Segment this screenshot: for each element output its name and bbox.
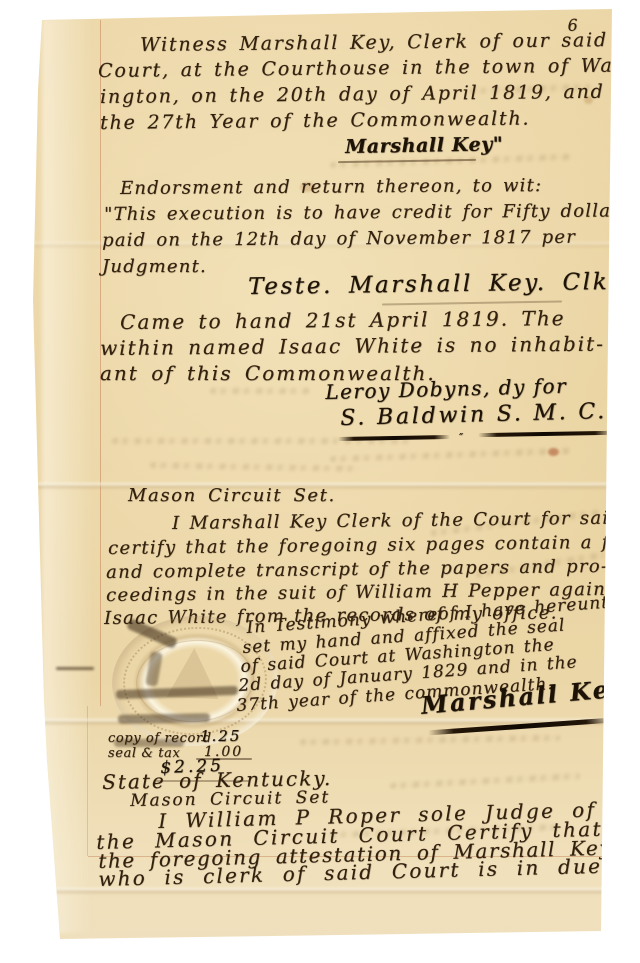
- scanned-document: 6 Witness Marshall Key, Clerk of our sai…: [0, 0, 640, 963]
- fee-amount: 1.25: [200, 729, 241, 744]
- bleedthrough-smudge: [150, 462, 360, 472]
- deputy-signature: Leroy Dobyns, dy for: [325, 376, 567, 402]
- endorsement-line: paid on the 12th day of November 1817 pe…: [102, 229, 576, 250]
- certification-heading: Mason Circuit Set.: [128, 487, 336, 505]
- sheriff-signature: S. Baldwin S. M. C.: [340, 401, 607, 430]
- bleedthrough-smudge: [330, 448, 570, 462]
- margin-dash-mark: [56, 667, 94, 670]
- attestation-underline: [382, 300, 562, 305]
- ink-stain: [548, 448, 559, 456]
- witness-line: Court, at the Courthouse in the town of …: [98, 56, 640, 81]
- ink-showthrough: [118, 713, 210, 724]
- fee-label: copy of record: [108, 732, 212, 745]
- bleedthrough-smudge: [300, 735, 560, 746]
- witness-line: the 27th Year of the Commonwealth.: [100, 109, 530, 133]
- teste-attestation: Teste. Marshall Key. Clk: [248, 271, 609, 299]
- endorsement-line: "This execution is to have credit for Fi…: [104, 202, 631, 224]
- return-line: within named Isaac White is no inhabit-: [100, 334, 605, 358]
- ditto-mark: ″: [506, 726, 511, 737]
- return-line: Came to hand 21st April 1819. The: [120, 308, 566, 332]
- bleedthrough-smudge: [210, 388, 310, 394]
- red-margin-line-lower: [87, 706, 88, 856]
- bleedthrough-smudge: [390, 773, 580, 789]
- endorsement-line: Endorsment and return thereon, to wit:: [120, 177, 542, 198]
- endorsement-line: Judgment.: [102, 258, 207, 276]
- witness-line: Witness Marshall Key, Clerk of our said: [140, 31, 608, 55]
- signature-flourish: [478, 431, 614, 437]
- document-page: 6 Witness Marshall Key, Clerk of our sai…: [0, 0, 640, 963]
- witness-line: ington, on the 20th day of April 1819, a…: [100, 82, 637, 107]
- ditto-mark: ″: [459, 432, 463, 443]
- certification-line: certify that the foregoing six pages con…: [108, 534, 637, 558]
- marshall-key-signature: Marshall Key": [345, 135, 503, 157]
- certification-line: and complete transcript of the papers an…: [106, 558, 608, 582]
- certification-line: I Marshall Key Clerk of the Court for sa…: [172, 508, 640, 533]
